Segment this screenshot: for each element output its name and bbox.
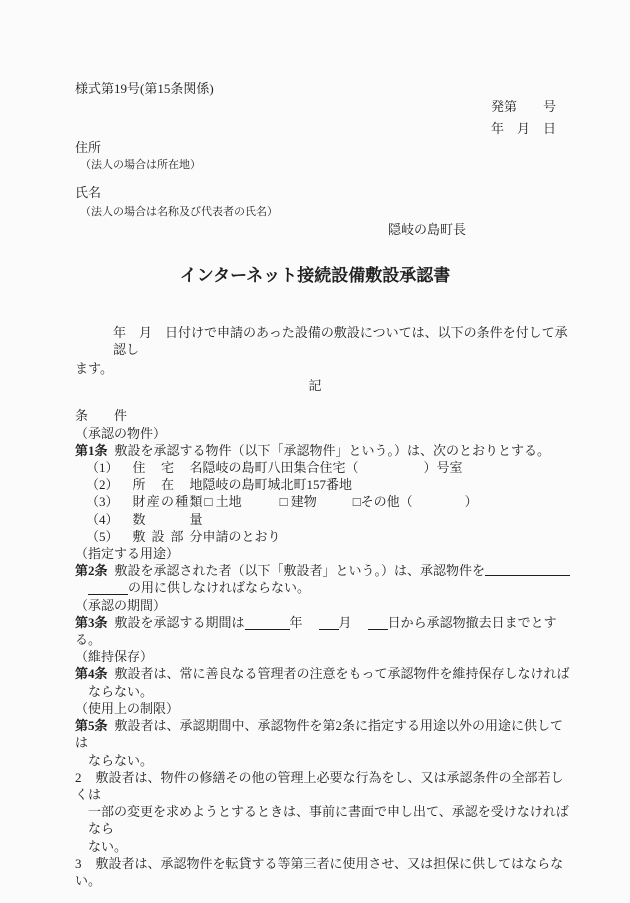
item-2-value: 隠岐の島町城北町157番地 [203,477,353,492]
ki-marker: 記 [0,377,630,394]
article-3-pre: 敷設を承認する期間は [115,615,245,630]
article-4-body: 敷設者は、常に善良なる管理者の注意をもって承認物件を維持保存しなければ [115,666,570,681]
section-heading-use-restriction: （使用上の制限） [75,700,570,717]
item-3-number: （3） [86,494,119,509]
checkbox-other: □その他（ ） [353,494,478,509]
item-3-field-label: 財産の種類 [133,493,203,510]
article-1-item-5: （5）敷設部分申請のとおり [75,528,570,545]
document-title: インターネット接続設備敷設承認書 [0,263,630,289]
article-2-line-1: 第2条敷設を承認された者（以下「敷設者」という。）は、承認物件を [75,562,570,579]
article-3-month: 月 [339,615,352,630]
address-label: 住所 [75,139,570,156]
article-1-body: 敷設を承認する物件（以下「承認物件」という。）は、次のとおりとする。 [115,443,551,458]
blank-underline-year [245,616,290,630]
article-5-line-1: 第5条敷設者は、承認期間中、承認物件を第2条に指定する用途以外の用途に供しては [75,717,570,751]
article-5-body: 敷設者は、承認期間中、承認物件を第2条に指定する用途以外の用途に供しては [75,718,563,750]
para-3-body: 敷設者は、承認物件を転貸する等第三者に使用させ、又は担保に供してはならない。 [75,856,563,888]
item-5-field-label: 敷設部分 [133,528,203,545]
blank-underline-day [368,616,388,630]
form-number: 様式第19号(第15条関係) [75,80,570,97]
section-heading-designated-use: （指定する用途） [75,545,570,562]
address-note: （法人の場合は所在地） [75,157,570,174]
document-page: 様式第19号(第15条関係) 発第 号 年 月 日 住所 （法人の場合は所在地）… [0,0,630,903]
article-4-label: 第4条 [75,666,108,681]
conditions-heading: 条 件 [75,407,570,424]
item-2-field-label: 所在地 [133,476,203,493]
article-1-item-2: （2）所在地隠岐の島町城北町157番地 [75,476,570,493]
item-5-value: 申請のとおり [203,529,281,544]
article-1: 第1条敷設を承認する物件（以下「承認物件」という。）は、次のとおりとする。 [75,442,570,459]
article-5-para-2-line-1: 2敷設者は、物件の修繕その他の管理上必要な行為をし、又は承認条件の全部若しくは [75,769,570,803]
article-1-item-4: （4）数量 [75,511,570,528]
article-2-body: 敷設を承認された者（以下「敷設者」という。）は、承認物件を [115,562,486,579]
article-1-item-3: （3）財産の種類□ 土地□ 建物□その他（ ） [75,493,570,510]
article-5-label: 第5条 [75,718,108,733]
issue-date-line: 年 月 日 [75,120,570,137]
blank-underline-month [319,616,339,630]
item-4-field-label: 数量 [133,511,203,528]
article-3-label: 第3条 [75,615,108,630]
issue-number-line: 発第 号 [75,98,570,115]
blank-underline [88,581,128,595]
checkbox-building: □ 建物 [280,494,317,509]
addressee: 隠岐の島町長 [75,221,570,238]
item-4-number: （4） [86,512,119,527]
section-heading-maintenance: （維持保存） [75,648,570,665]
section-heading-approved-property: （承認の物件） [75,425,570,442]
article-4-line-2: ならない。 [75,683,570,700]
item-2-number: （2） [86,477,119,492]
article-3: 第3条敷設を承認する期間は年月日から承認物撤去日までとする。 [75,614,570,648]
article-4-line-1: 第4条敷設者は、常に善良なる管理者の注意をもって承認物件を維持保存しなければ [75,665,570,682]
article-5-para-2-line-2: 一部の変更を求めようとするときは、事前に書面で申し出て、承認を受けなければなら [75,803,570,837]
article-1-label: 第1条 [75,443,108,458]
checkbox-land: □ 土地 [205,494,242,509]
item-1-field-label: 住宅名 [133,459,203,476]
section-heading-approval-period: （承認の期間） [75,597,570,614]
intro-line-2: ます。 [75,360,570,377]
item-1-number: （1） [86,460,119,475]
intro-line-1: 年 月 日付けで申請のあった設備の敷設については、以下の条件を付して承認し [75,324,570,358]
article-1-item-1: （1）住宅名隠岐の島町八田集合住宅（ ）号室 [75,459,570,476]
article-3-year: 年 [290,615,303,630]
article-2-body-cont: の用に供しなければならない。 [128,580,310,595]
article-5-line-2: ならない。 [75,752,570,769]
item-5-number: （5） [86,529,119,544]
article-2-line-2: の用に供しなければならない。 [75,579,570,596]
article-2-label: 第2条 [75,562,108,579]
para-2-number: 2 [75,770,82,785]
blank-underline [485,562,570,576]
article-5-para-3: 3敷設者は、承認物件を転貸する等第三者に使用させ、又は担保に供してはならない。 [75,855,570,889]
para-2-body: 敷設者は、物件の修繕その他の管理上必要な行為をし、又は承認条件の全部若しくは [75,770,564,802]
para-3-number: 3 [75,856,82,871]
article-5-para-2-line-3: ない。 [75,838,570,855]
name-note: （法人の場合は名称及び代表者の氏名） [75,204,570,221]
item-1-value: 隠岐の島町八田集合住宅（ ）号室 [203,460,463,475]
name-label: 氏名 [75,184,570,201]
